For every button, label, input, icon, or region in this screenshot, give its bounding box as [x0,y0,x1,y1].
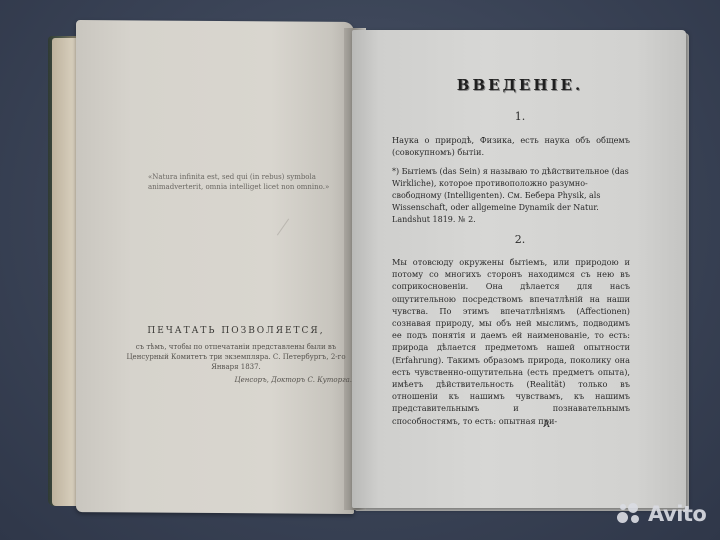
imprimatur: ПЕЧАТАТЬ ПОЗВОЛЯЕТСЯ, съ тѣмъ, чтобы по … [120,326,352,384]
left-page [76,20,354,514]
chapter-title: ВВЕДЕНІЕ. [360,76,680,94]
avito-brand-text: Avito [648,502,706,526]
open-book: «Natura infinita est, sed qui (in rebus)… [0,0,720,540]
section-number-1: 1. [360,110,680,123]
imprimatur-signature: Ценсоръ, Докторъ С. Куторга. [120,376,352,384]
footnote: *) Бытіемъ (das Sein) я называю то дѣйст… [392,166,630,226]
epigraph: «Natura infinita est, sed qui (in rebus)… [148,172,348,192]
imprimatur-title: ПЕЧАТАТЬ ПОЗВОЛЯЕТСЯ, [120,326,352,336]
avito-watermark: Avito [616,502,706,526]
section-2-text: Мы отовсюду окружены бытіемъ, или природ… [392,256,630,427]
signature-mark: А [543,420,550,430]
avito-logo-icon [616,503,644,525]
section-number-2: 2. [360,233,680,246]
section-1-text: Наука о природѣ, Физика, есть наука объ … [392,134,630,158]
imprimatur-body: съ тѣмъ, чтобы по отпечатаніи представле… [120,342,352,372]
